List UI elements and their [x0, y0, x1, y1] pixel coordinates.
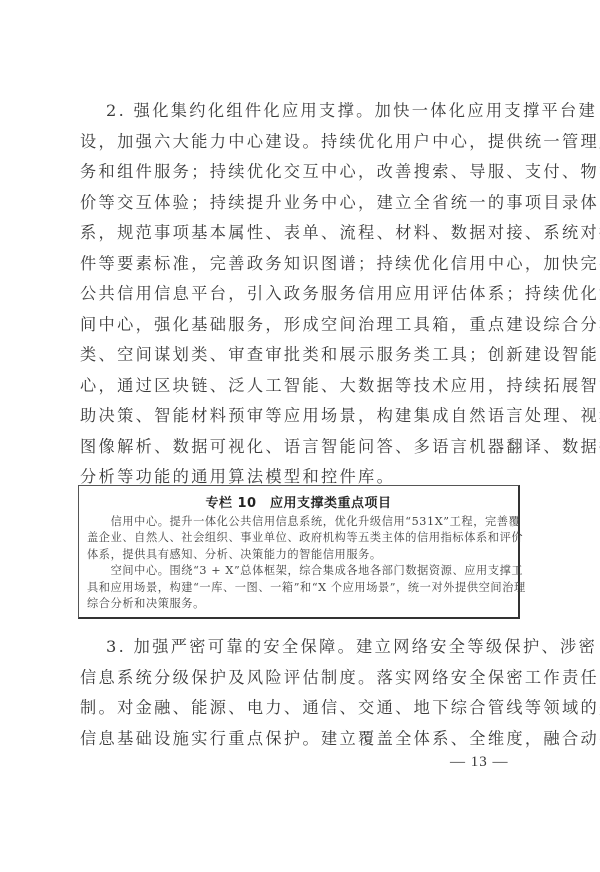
- text-line: 公共信用信息平台，引入政务服务信用应用评估体系；持续优化空: [80, 279, 526, 310]
- text-line: 设，加强六大能力中心建设。持续优化用户中心，提供统一管理服: [80, 127, 526, 158]
- text-line: 信息系统分级保护及风险评估制度。落实网络安全保密工作责任: [80, 663, 526, 694]
- box-title: 专栏 10 应用支撑类重点项目: [79, 492, 518, 511]
- box-text-line: 盖企业、自然人、社会组织、事业单位、政府机构等五类主体的信用指标体系和评价: [87, 530, 510, 546]
- page-number: — 13 —: [450, 754, 509, 771]
- text-line: 图像解析、数据可视化、语言智能问答、多语言机器翻译、数据挖掘: [80, 432, 526, 463]
- text-line: 心，通过区块链、泛人工智能、大数据等技术应用，持续拓展智能辅: [80, 371, 526, 402]
- text-line: 2. 强化集约化组件化应用支撑。加快一体化应用支撑平台建: [80, 96, 526, 127]
- text-line: 3. 加强严密可靠的安全保障。建立网络安全等级保护、涉密: [80, 632, 526, 663]
- text-line: 制。对金融、能源、电力、通信、交通、地下综合管线等领域的关键: [80, 693, 526, 724]
- box-body: 信用中心。提升一体化公共信用信息系统，优化升级信用“531X”工程，完善覆 盖企…: [87, 514, 510, 612]
- section-3-paragraph: 3. 加强严密可靠的安全保障。建立网络安全等级保护、涉密 信息系统分级保护及风险…: [80, 632, 526, 754]
- text-line: 间中心，强化基础服务，形成空间治理工具箱，重点建设综合分析: [80, 310, 526, 341]
- text-line: 信息基础设施实行重点保护。建立覆盖全体系、全维度，融合动态: [80, 724, 526, 755]
- box-text-line: 空间中心。围绕“3 + X”总体框架，综合集成各地各部门数据资源、应用支撑工: [87, 563, 510, 579]
- section-2-paragraph: 2. 强化集约化组件化应用支撑。加快一体化应用支撑平台建 设，加强六大能力中心建…: [80, 96, 526, 493]
- box-text-line: 信用中心。提升一体化公共信用信息系统，优化升级信用“531X”工程，完善覆: [87, 514, 510, 530]
- box-text-line: 体系，提供具有感知、分析、决策能力的智能信用服务。: [87, 547, 510, 563]
- text-line: 类、空间谋划类、审查审批类和展示服务类工具；创新建设智能中: [80, 340, 526, 371]
- text-line: 件等要素标准，完善政务知识图谱；持续优化信用中心，加快完善: [80, 249, 526, 280]
- text-line: 价等交互体验；持续提升业务中心，建立全省统一的事项目录体: [80, 188, 526, 219]
- feature-box: 专栏 10 应用支撑类重点项目 信用中心。提升一体化公共信用信息系统，优化升级信…: [78, 485, 520, 619]
- text-line: 系，规范事项基本属性、表单、流程、材料、数据对接、系统对接、办: [80, 218, 526, 249]
- box-text-line: 综合分析和决策服务。: [87, 596, 510, 612]
- text-line: 务和组件服务；持续优化交互中心，改善搜索、导服、支付、物流、评: [80, 157, 526, 188]
- text-line: 助决策、智能材料预审等应用场景，构建集成自然语言处理、视频: [80, 401, 526, 432]
- box-text-line: 具和应用场景，构建“一库、一图、一箱”和“X 个应用场景”，统一对外提供空间治理: [87, 580, 510, 596]
